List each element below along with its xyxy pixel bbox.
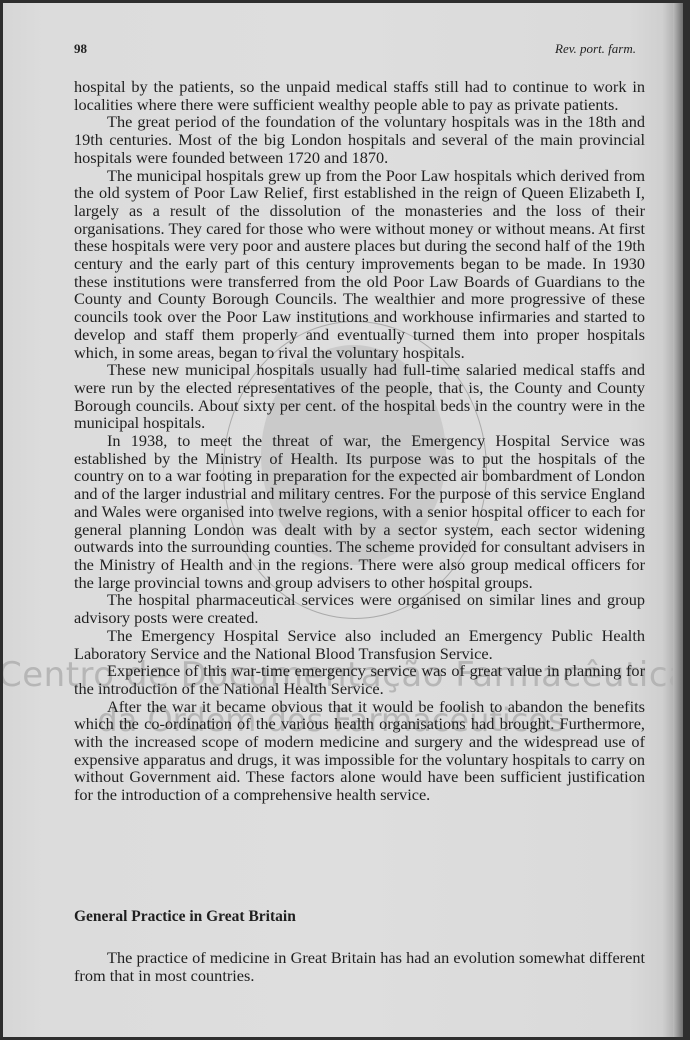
paragraph: The great period of the foundation of th…	[74, 113, 645, 166]
paragraph: hospital by the patients, so the unpaid …	[74, 78, 645, 113]
paragraph: The municipal hospitals grew up from the…	[74, 167, 645, 362]
paragraph: After the war it became obvious that it …	[74, 698, 645, 804]
book-spine-shadow	[673, 3, 683, 1037]
section-heading: General Practice in Great Britain	[74, 908, 296, 926]
paragraph: Experience of this war-time emergency se…	[74, 662, 645, 697]
section-body: The practice of medicine in Great Britai…	[74, 949, 645, 984]
paragraph: These new municipal hospitals usually ha…	[74, 361, 645, 432]
page-number: 98	[74, 41, 87, 57]
body-text: hospital by the patients, so the unpaid …	[74, 78, 645, 804]
paragraph: The Emergency Hospital Service also incl…	[74, 627, 645, 662]
paragraph: The practice of medicine in Great Britai…	[74, 949, 645, 984]
paragraph: In 1938, to meet the threat of war, the …	[74, 432, 645, 591]
journal-title: Rev. port. farm.	[555, 41, 636, 57]
scanned-page: Centro de Documentação Farmacêutica da O…	[3, 3, 683, 1037]
paragraph: The hospital pharmaceutical services wer…	[74, 591, 645, 626]
